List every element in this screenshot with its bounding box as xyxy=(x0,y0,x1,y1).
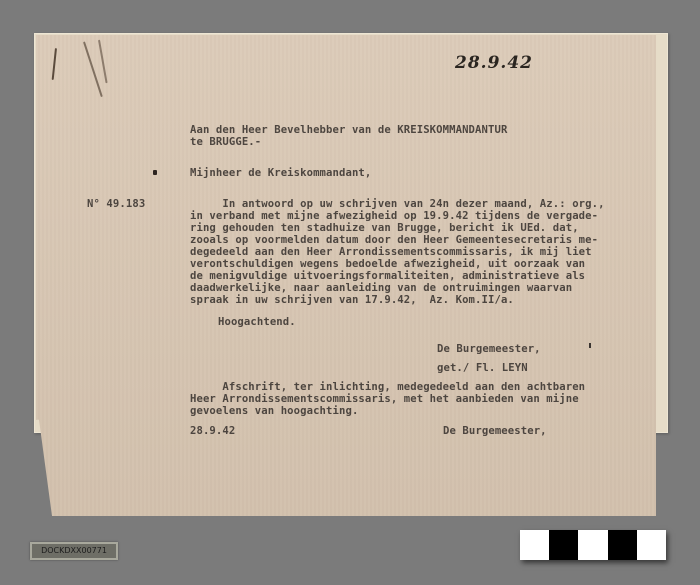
copy-note-line: gevoelens van hoogachting. xyxy=(190,405,358,417)
body-line: de menigvuldige uitvoeringsformaliteiten… xyxy=(190,270,585,282)
document-id-label: DOCKDXX00771 xyxy=(30,542,118,560)
scale-segment-white xyxy=(578,530,607,560)
signature-title: De Burgemeester, xyxy=(437,343,541,355)
color-scale-bar xyxy=(520,530,666,560)
body-line: daadwerkelijke, naar aanleiding van de o… xyxy=(190,282,572,294)
scale-segment-black xyxy=(549,530,578,560)
body-line: in verband met mijne afwezigheid op 19.9… xyxy=(190,210,598,222)
reference-number: N° 49.183 xyxy=(87,198,145,210)
address-line-2: te BRUGGE.- xyxy=(190,136,261,148)
body-line: In antwoord op uw schrijven van 24n deze… xyxy=(190,198,605,210)
footer-signature-title: De Burgemeester, xyxy=(443,425,547,437)
signature-name: get./ Fl. LEYN xyxy=(437,362,528,374)
closing: Hoogachtend. xyxy=(218,316,296,328)
body-line: spraak in uw schrijven van 17.9.42, Az. … xyxy=(190,294,514,306)
scale-segment-white xyxy=(637,530,666,560)
body-line: degedeeld aan den Heer Arrondissementsco… xyxy=(190,246,592,258)
body-line: zooals op voormelden datum door den Heer… xyxy=(190,234,598,246)
body-line: ring gehouden ten stadhuize van Brugge, … xyxy=(190,222,579,234)
handwritten-date: 28.9.42 xyxy=(455,53,533,73)
address-line-1: Aan den Heer Bevelhebber van de KREISKOM… xyxy=(190,124,507,136)
body-line: verontschuldigen wegens bedoelde afwezig… xyxy=(190,258,585,270)
copy-note-line: Afschrift, ter inlichting, medegedeeld a… xyxy=(190,381,585,393)
ink-tick-mark xyxy=(589,343,591,348)
footer-date: 28.9.42 xyxy=(190,425,235,437)
scale-segment-black xyxy=(608,530,637,560)
salutation: Mijnheer de Kreiskommandant, xyxy=(190,167,371,179)
scale-segment-white xyxy=(520,530,549,560)
copy-note-line: Heer Arrondissementscommissaris, met het… xyxy=(190,393,579,405)
bullet-mark xyxy=(153,170,157,175)
